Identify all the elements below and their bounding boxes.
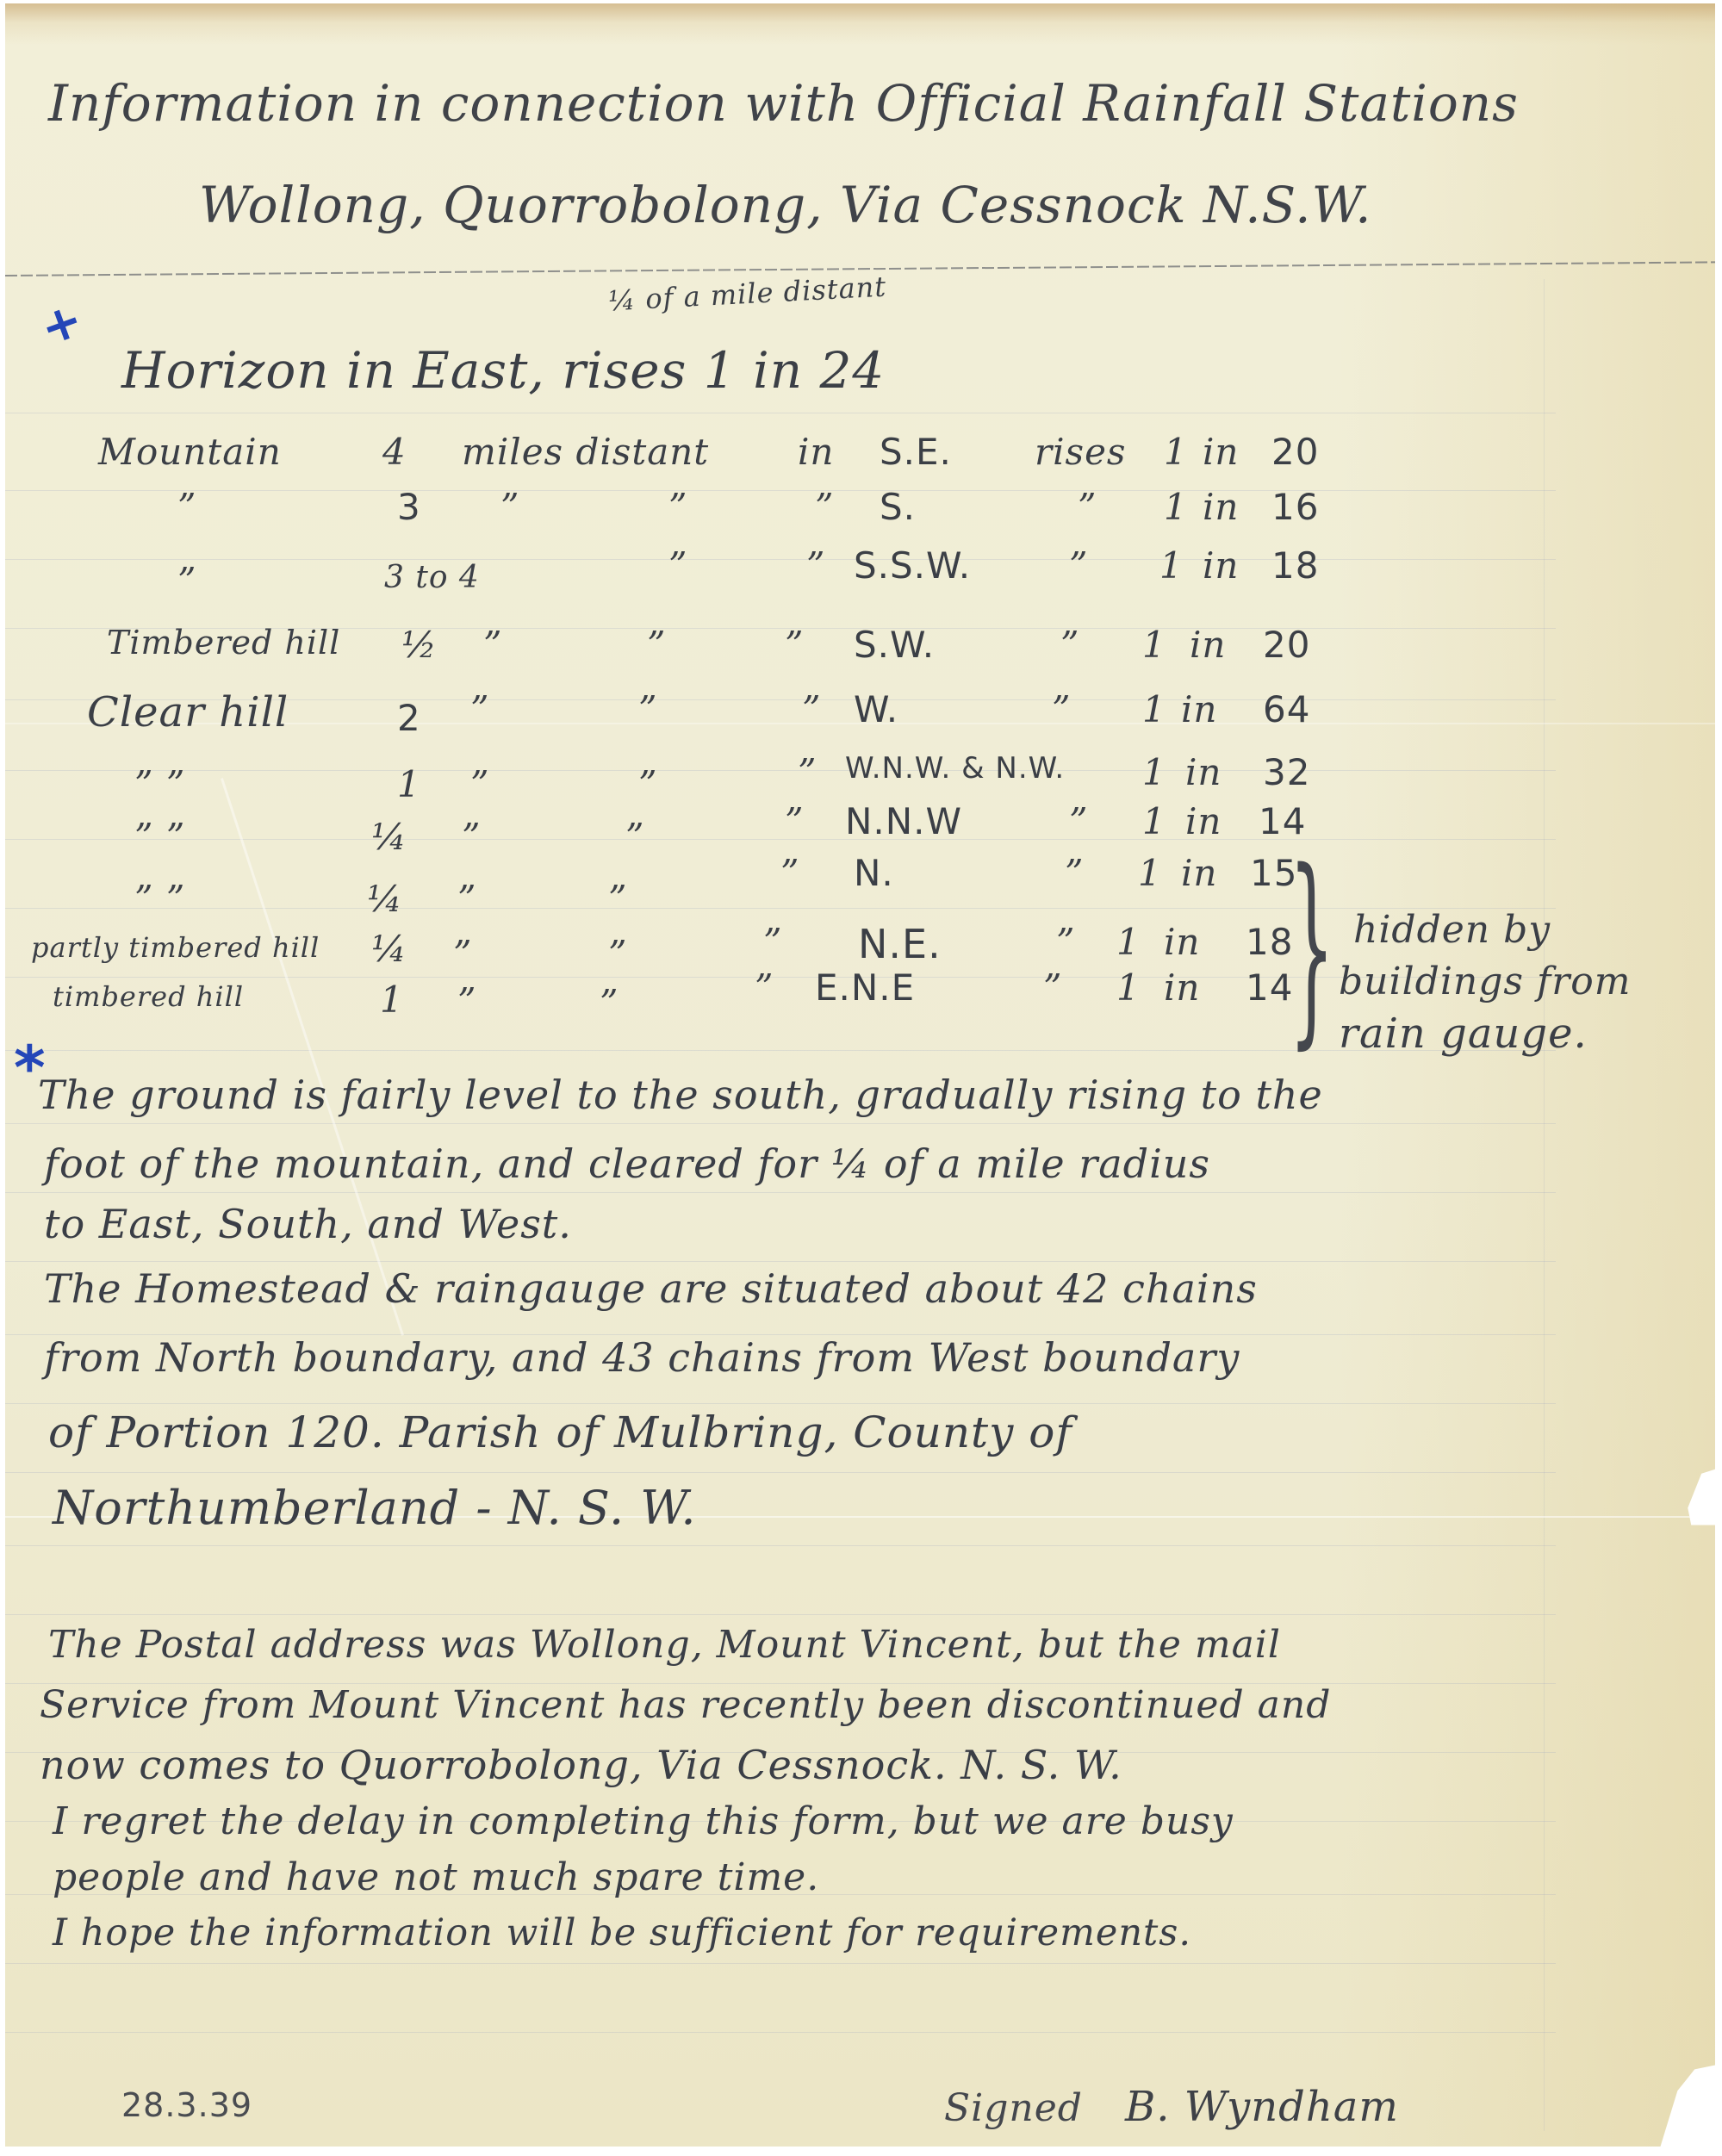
ruled-line [5,1261,1556,1262]
one-cell: 1 [1116,921,1141,963]
direction-cell: S.S.W. [854,544,971,587]
distance-cell: ¼ [371,928,407,970]
bracket-note-line: buildings from [1339,960,1632,1003]
rises-cell: ” [1060,624,1079,666]
feature-cell: Mountain [98,431,282,473]
prep2-cell: ” [798,751,817,793]
table-row: Timbered hill ½ ” ” ” S.W. ” 1 in 20 [5,624,1383,675]
signature: B. Wyndham [1125,2083,1399,2131]
in-cell: in [1203,486,1239,528]
table-row: Mountain 4 miles distant in S.E. rises 1… [5,431,1383,482]
distance-cell: 3 [397,486,421,528]
paragraph-line: I regret the delay in completing this fo… [53,1799,1234,1843]
paragraph-line: people and have not much spare time. [53,1855,819,1899]
distance-cell: 2 [397,697,421,739]
table-row: ” 3 ” ” ” S. ” 1 in 16 [5,486,1383,537]
feature-cell: ” ” [134,763,185,805]
one-cell: 1 [1142,800,1166,842]
distance-cell: ¼ [367,878,403,920]
prep2-cell: ” [815,486,834,528]
paragraph-line: Northumberland - N. S. W. [53,1481,697,1535]
bracket-note-line: rain gauge. [1339,1010,1588,1058]
distance-cell: 1 [397,763,421,805]
rises-cell: ” [1069,800,1088,842]
rises-cell: ” [1078,486,1097,528]
one-cell: 1 [1142,624,1166,666]
one-cell: 1 [1142,688,1166,730]
prep2-cell: ” [806,544,825,587]
title-line-2: Wollong, Quorrobolong, Via Cessnock N.S.… [199,176,1372,234]
paragraph-line: The Homestead & raingauge are situated a… [44,1265,1258,1312]
in-cell: in [1181,852,1217,894]
prep2-cell: ” [780,852,799,894]
prep-cell: ” [638,688,657,730]
prep-cell: ” [608,878,627,920]
in-cell: in [1190,624,1226,666]
horizon-line: Horizon in East, rises 1 in 24 [121,341,885,400]
rises-cell: ” [1069,544,1088,587]
table-row: partly timbered hill ¼ ” ” ” N.E. ” 1 in… [5,921,1383,972]
prep-cell: in [798,431,834,473]
one-cell: 1 [1159,544,1184,587]
in-cell: in [1203,431,1239,473]
prep2-cell: ” [802,688,821,730]
distance-cell: 4 [382,431,407,473]
one-cell: 1 [1138,852,1162,894]
paragraph-line: foot of the mountain, and cleared for ¼ … [44,1140,1210,1187]
signed-label: Signed [944,2086,1083,2130]
feature-cell: partly timbered hill [31,931,320,964]
letter-paper: Information in connection with Official … [5,3,1715,2147]
ratio-cell: 16 [1271,486,1319,528]
unit-cell: ” [470,688,489,730]
paragraph-line: Service from Mount Vincent has recently … [40,1683,1331,1727]
ruled-line [5,413,1556,413]
margin-rule [1544,279,1545,2131]
feature-cell: ” [177,486,196,528]
unit-cell: ” [470,763,489,805]
rises-cell: ” [1056,921,1075,963]
in-cell: in [1185,800,1222,842]
ruled-line [5,1545,1556,1546]
ratio-cell: 32 [1263,751,1310,793]
table-row: ” ” ¼ ” ” ” N. ” 1 in 15 [5,852,1383,904]
ratio-cell: 20 [1271,431,1319,473]
direction-cell: S. [880,486,916,528]
one-cell: 1 [1164,431,1188,473]
distance-cell: 3 to 4 [384,560,480,595]
ratio-cell: 20 [1263,624,1310,666]
ruled-line [5,1123,1556,1124]
prep2-cell: ” [785,624,804,666]
one-cell: 1 [1164,486,1188,528]
ruled-line [5,1963,1556,1964]
paragraph-line: now comes to Quorrobolong, Via Cessnock.… [40,1742,1122,1788]
direction-cell: N.N.W [845,800,962,842]
rises-cell: ” [1052,688,1071,730]
ruled-line [5,1192,1556,1193]
insertion-note: ¼ of a mile distant [607,270,887,318]
ratio-cell: 18 [1246,921,1293,963]
bracket-note-line: hidden by [1353,908,1551,952]
ratio-cell: 64 [1263,688,1310,730]
prep-cell: ” [600,982,619,1024]
ratio-cell: 18 [1271,544,1319,587]
table-row: ” 3 to 4 ” ” S.S.W. ” 1 in 18 [5,544,1383,596]
ruled-line [5,1403,1556,1404]
unit-cell: ” [457,878,476,920]
prep2-cell: ” [755,966,774,1009]
in-cell: in [1164,921,1200,963]
ruled-line [5,1614,1556,1615]
prep2-cell: ” [763,921,782,963]
feature-cell: timbered hill [53,980,244,1013]
rises-cell: ” [1043,966,1062,1009]
feature-cell: ” ” [134,878,185,920]
table-row: ” ” 1 ” ” ” W.N.W. & N.W. 1 in 32 [5,751,1383,803]
unit-cell: miles distant [462,431,709,473]
direction-cell: N.E. [858,921,942,967]
unit-cell: ” [483,624,502,666]
table-row: Clear hill 2 ” ” ” W. ” 1 in 64 [5,688,1383,740]
blue-cross-mark-icon: + [33,291,90,357]
prep-cell: ” [668,486,687,528]
title-line-1: Information in connection with Official … [48,74,1519,133]
unit-cell: ” [457,980,476,1022]
ruled-line [5,2032,1556,2033]
prep-cell: ” [668,544,687,587]
feature-cell: Timbered hill [107,624,340,662]
prep-cell: ” [638,763,657,805]
paragraph-line: from North boundary, and 43 chains from … [44,1334,1240,1381]
feature-cell: ” [177,560,196,602]
table-row: timbered hill 1 ” ” ” E.N.E ” 1 in 14 [5,966,1383,1018]
direction-cell: W. [854,688,898,730]
paragraph-line: The Postal address was Wollong, Mount Vi… [48,1623,1281,1667]
in-cell: in [1164,966,1200,1009]
one-cell: 1 [1116,966,1141,1009]
one-cell: 1 [1142,751,1166,793]
curly-brace-icon: } [1289,843,1334,1050]
direction-cell: S.W. [854,624,935,666]
ruled-line [5,1472,1556,1473]
direction-cell: N. [854,852,894,894]
in-cell: in [1181,688,1217,730]
direction-cell: S.E. [880,431,952,473]
direction-cell: W.N.W. & N.W. [845,751,1065,786]
distance-cell: ½ [401,624,438,666]
feature-cell: Clear hill [87,688,289,736]
paragraph-line: of Portion 120. Parish of Mulbring, Coun… [48,1407,1072,1457]
unit-cell: ” [500,486,519,528]
ratio-cell: 14 [1246,966,1293,1009]
in-cell: in [1203,544,1239,587]
date: 28.3.39 [121,2086,252,2124]
distance-cell: 1 [380,979,404,1021]
paragraph-line: The ground is fairly level to the south,… [38,1072,1323,1118]
prep-cell: ” [647,624,666,666]
prep2-cell: ” [785,800,804,842]
rises-cell: ” [1065,852,1084,894]
in-cell: in [1185,751,1222,793]
rises-cell: rises [1035,431,1126,473]
paragraph-line: I hope the information will be sufficien… [53,1911,1191,1954]
paragraph-line: to East, South, and West. [44,1201,572,1247]
direction-cell: E.N.E [815,966,915,1009]
table-row: ” ” ¼ ” ” ” N.N.W ” 1 in 14 [5,800,1383,852]
